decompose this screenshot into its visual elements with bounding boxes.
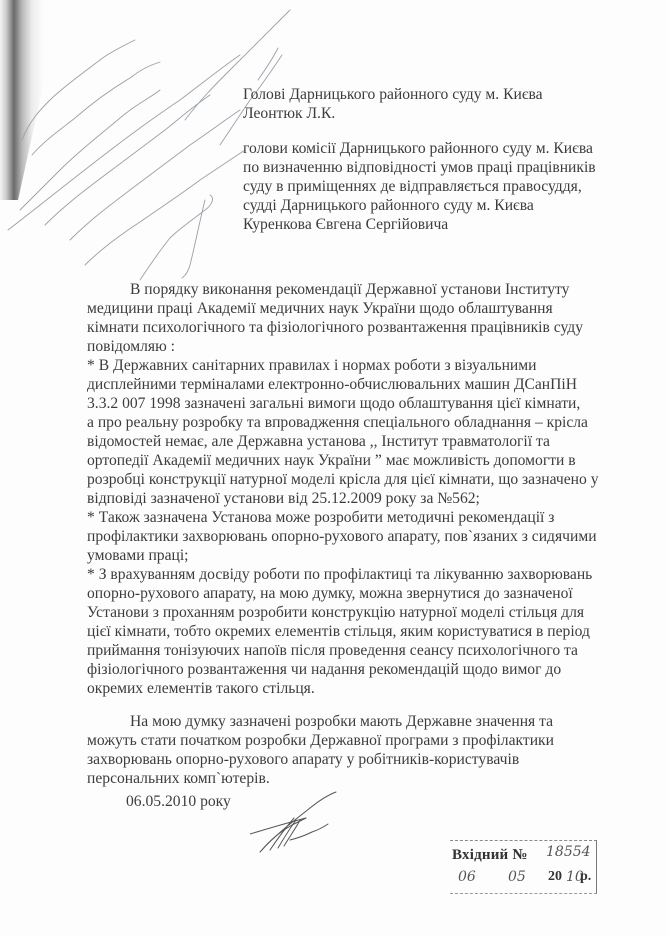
body-line: * Також зазначена Установа може розробит…	[87, 508, 554, 527]
conclusion-line: можуть стати початком розробки Державної…	[87, 731, 554, 750]
conclusion-line: захворювань опорно-рухового апарату у ро…	[87, 750, 519, 769]
body-line: окремих елементів такого стільця.	[87, 679, 315, 698]
document-page: Голові Дарницького районного суду м. Киє…	[0, 0, 668, 936]
sender-line: Куренкова Євгена Сергійовича	[243, 215, 448, 234]
body-line: приймання тонізуючих напоїв після провед…	[87, 641, 578, 660]
body-line: повідомляю :	[87, 337, 175, 356]
body-line: фізіологічного розвантаження чи надання …	[87, 660, 561, 679]
body-line: Установи з проханням розробити конструкц…	[87, 603, 584, 622]
sender-line: голови комісії Дарницького районного суд…	[243, 139, 593, 158]
stamp-month: 05	[508, 869, 526, 885]
stamp-day: 06	[458, 869, 476, 885]
body-line: відомостей немає, але Державна установа …	[87, 432, 550, 451]
body-line: 3.3.2 007 1998 зазначені загальні вимоги…	[87, 394, 580, 413]
body-line: а про реальну розробку та впровадження с…	[87, 413, 588, 432]
document-date: 06.05.2010 року	[126, 793, 231, 811]
signature-icon	[250, 790, 340, 860]
conclusion-line: персональних комп`ютерів.	[87, 769, 270, 788]
body-line: відповіді зазначеної установи від 25.12.…	[87, 489, 480, 508]
body-line: * В Державних санітарних правилах і норм…	[87, 356, 537, 375]
conclusion-line: На мою думку зазначені розробки мають Де…	[130, 712, 553, 731]
body-line: профілактики захворювань опорно-рухового…	[87, 527, 597, 546]
body-line: цієї кімнати, тобто окремих елементів ст…	[87, 622, 590, 641]
body-line: дисплейними терміналами електронно-обчис…	[87, 375, 577, 394]
stamp-year-prefix: 20	[548, 869, 562, 885]
stamp-number: 18554	[546, 844, 591, 860]
body-line: * З врахуванням досвіду роботи по профіл…	[87, 565, 592, 584]
body-line: опорно-рухового апарату, на мою думку, м…	[87, 584, 573, 603]
stamp-label-text: Вхідний №	[452, 847, 528, 863]
page-curl-shadow	[0, 0, 60, 200]
incoming-stamp: Вхідний № 18554 06 05 20 10 р.	[450, 840, 597, 894]
body-line: кімнати психологічного та фізіологічного…	[87, 318, 583, 337]
body-line: розробці конструкції натурної моделі крі…	[87, 470, 599, 489]
sender-line: по визначенню відповідності умов праці п…	[243, 158, 596, 177]
body-line: умовами праці;	[87, 546, 189, 565]
stamp-label: Вхідний №	[452, 847, 528, 864]
stamp-year-abbrev: р.	[580, 869, 591, 885]
addressee-line: Леонтюк Л.К.	[243, 104, 335, 123]
body-line: В порядку виконання рекомендації Державн…	[130, 280, 569, 299]
body-line: ортопедії Академії медичних наук України…	[87, 451, 576, 470]
sender-line: суду в приміщеннях де відправляється пра…	[243, 177, 582, 196]
sender-line: судді Дарницького районного суду м. Києв…	[243, 196, 534, 215]
addressee-line: Голові Дарницького районного суду м. Киє…	[243, 85, 543, 104]
body-line: медицини праці Академії медичних наук Ук…	[87, 299, 553, 318]
